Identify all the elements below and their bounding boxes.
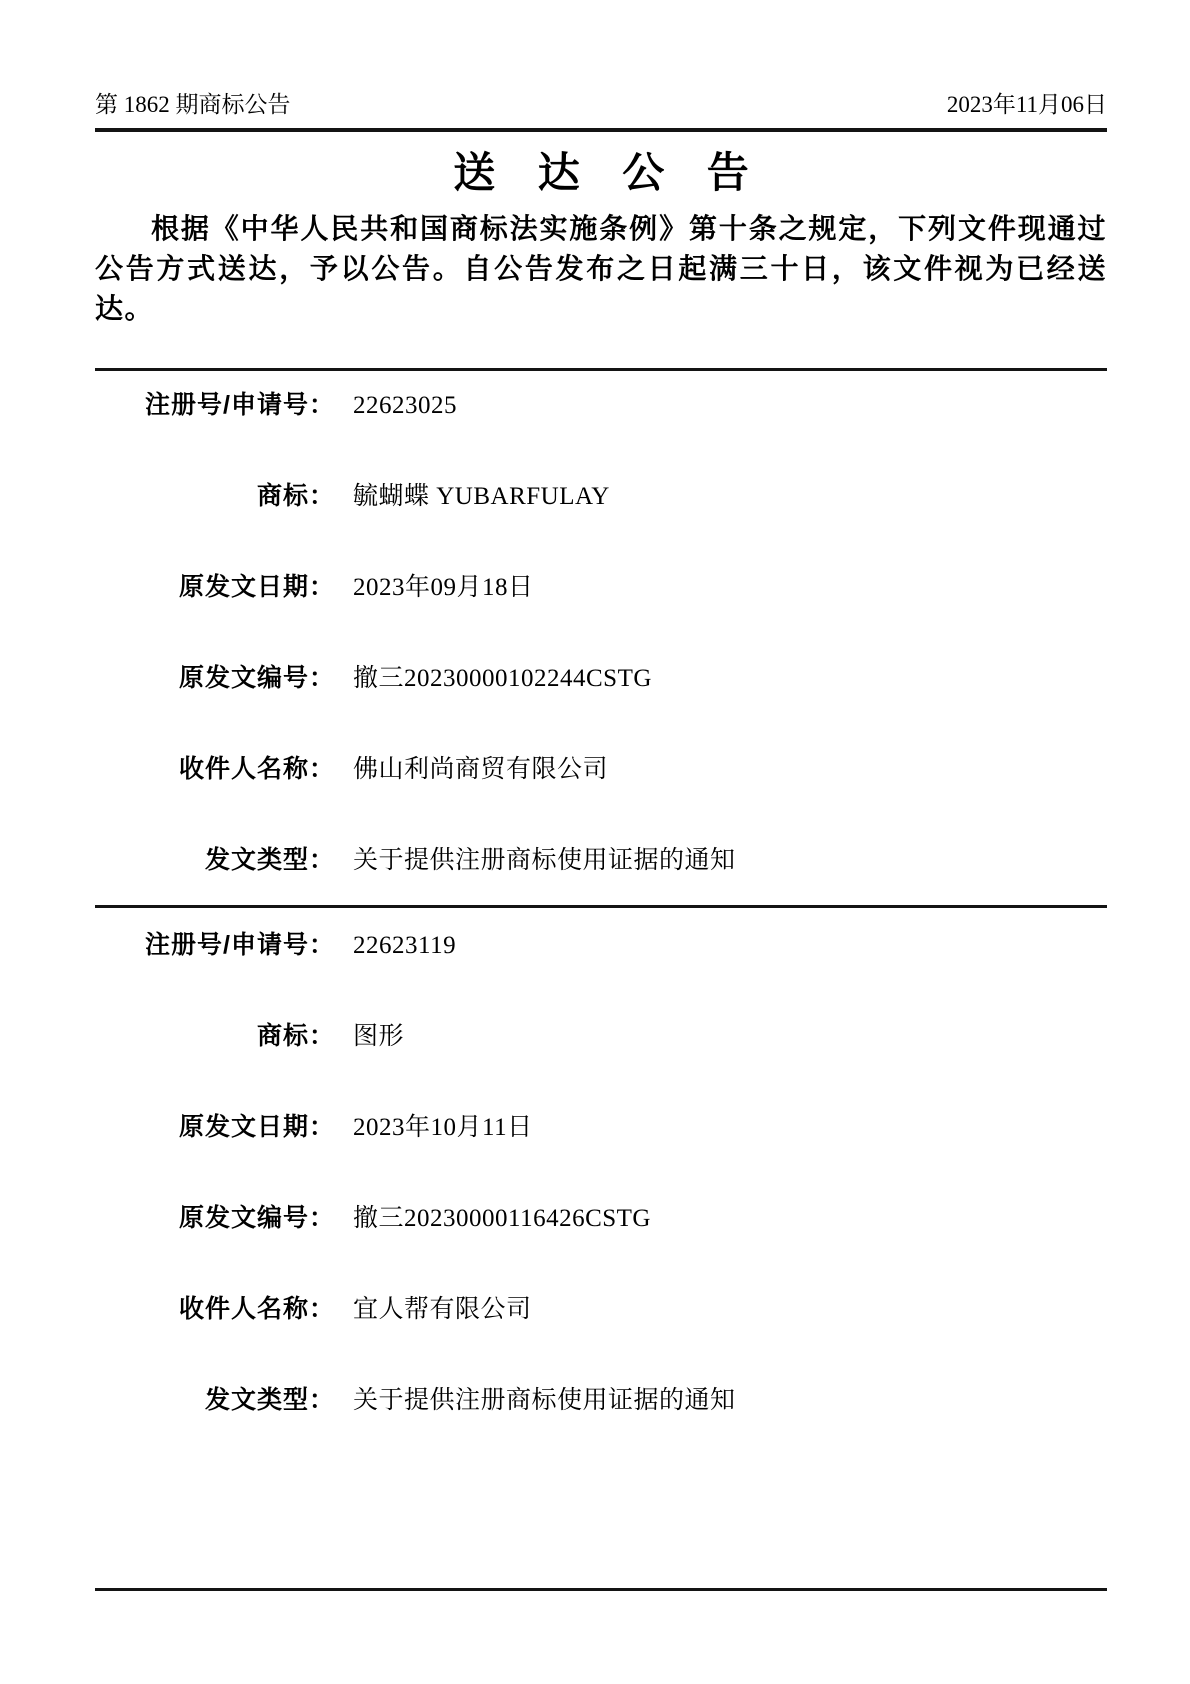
gazette-page: 第 1862 期商标公告 2023年11月06日 送 达 公 告 根据《中华人民… — [0, 0, 1190, 1684]
record-field-row: 原发文日期： 2023年10月11日 — [95, 1110, 1107, 1145]
field-label: 收件人名称： — [95, 752, 335, 786]
field-label: 注册号/申请号： — [95, 928, 335, 962]
field-value: 宜人帮有限公司 — [353, 1293, 532, 1327]
record-field-row: 商标： 毓蝴蝶 YUBARFULAY — [95, 479, 1107, 514]
issue-label: 第 1862 期商标公告 — [95, 86, 291, 119]
record-field-row: 收件人名称： 宜人帮有限公司 — [95, 1292, 1107, 1327]
record-field-row: 原发文日期： 2023年09月18日 — [95, 570, 1107, 605]
record-field-row: 原发文编号： 撤三20230000102244CSTG — [95, 661, 1107, 696]
field-label: 原发文编号： — [95, 1201, 335, 1235]
field-value: 撤三20230000116426CSTG — [353, 1202, 651, 1236]
field-value: 22623025 — [353, 389, 457, 423]
field-label: 原发文日期： — [95, 1110, 335, 1144]
record-field-row: 原发文编号： 撤三20230000116426CSTG — [95, 1201, 1107, 1236]
field-value: 撤三20230000102244CSTG — [353, 662, 652, 696]
field-label: 收件人名称： — [95, 1292, 335, 1326]
record-field-row: 商标： 图形 — [95, 1019, 1107, 1054]
field-value: 佛山利尚商贸有限公司 — [353, 753, 608, 787]
field-label: 商标： — [95, 1019, 335, 1053]
field-label: 注册号/申请号： — [95, 388, 335, 422]
record-block-1: 注册号/申请号： 22623025 商标： 毓蝴蝶 YUBARFULAY 原发文… — [95, 388, 1107, 934]
field-label: 原发文编号： — [95, 661, 335, 695]
record-field-row: 发文类型： 关于提供注册商标使用证据的通知 — [95, 1383, 1107, 1418]
header-rule — [95, 128, 1107, 132]
page-header: 第 1862 期商标公告 2023年11月06日 — [95, 86, 1107, 119]
intro-paragraph: 根据《中华人民共和国商标法实施条例》第十条之规定，下列文件现通过公告方式送达，予… — [95, 210, 1107, 330]
record-field-row: 收件人名称： 佛山利尚商贸有限公司 — [95, 752, 1107, 787]
footer-rule — [95, 1588, 1107, 1591]
record-divider-rule — [95, 905, 1107, 908]
record-field-row: 注册号/申请号： 22623119 — [95, 928, 1107, 963]
field-label: 商标： — [95, 479, 335, 513]
intro-rule — [95, 368, 1107, 371]
field-value: 图形 — [353, 1020, 404, 1054]
notice-title: 送 达 公 告 — [95, 140, 1107, 200]
field-value: 关于提供注册商标使用证据的通知 — [353, 844, 736, 878]
field-value: 关于提供注册商标使用证据的通知 — [353, 1384, 736, 1418]
field-value: 毓蝴蝶 YUBARFULAY — [353, 480, 610, 514]
field-value: 2023年09月18日 — [353, 571, 534, 605]
record-field-row: 发文类型： 关于提供注册商标使用证据的通知 — [95, 843, 1107, 878]
field-value: 2023年10月11日 — [353, 1111, 533, 1145]
date-label: 2023年11月06日 — [947, 86, 1107, 119]
record-block-2: 注册号/申请号： 22623119 商标： 图形 原发文日期： 2023年10月… — [95, 928, 1107, 1474]
field-label: 发文类型： — [95, 843, 335, 877]
field-value: 22623119 — [353, 929, 456, 963]
field-label: 原发文日期： — [95, 570, 335, 604]
record-field-row: 注册号/申请号： 22623025 — [95, 388, 1107, 423]
field-label: 发文类型： — [95, 1383, 335, 1417]
